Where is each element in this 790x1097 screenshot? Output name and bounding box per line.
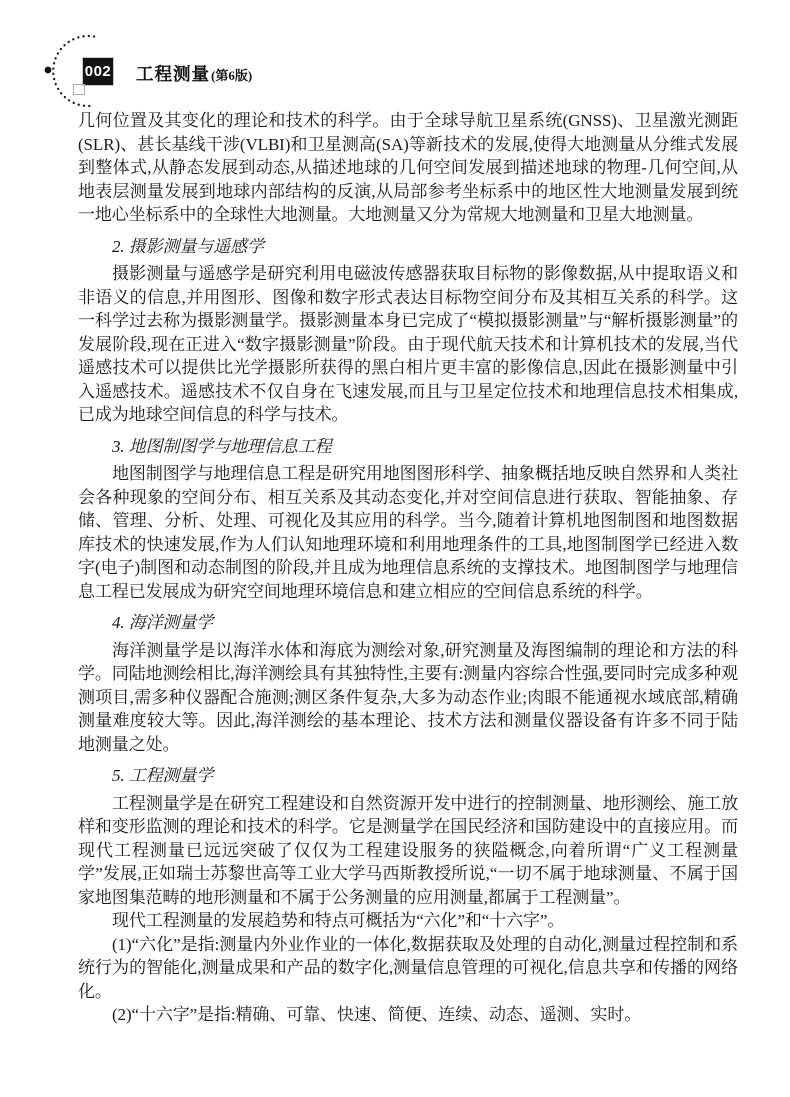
page-number-box: 002 xyxy=(82,57,114,86)
section-heading-photogrammetry: 2. 摄影测量与遥感学 xyxy=(78,235,738,259)
page-number: 002 xyxy=(85,63,112,80)
section-heading-engineering-surveying: 5. 工程测量学 xyxy=(78,764,738,788)
paragraph-six-izations: (1)“六化”是指:测量内外业作业的一体化,数据获取及处理的自动化,测量过程控制… xyxy=(78,933,738,1004)
page-content: 几何位置及其变化的理论和技术的科学。由于全球导航卫星系统(GNSS)、卫星激光测… xyxy=(78,109,738,1027)
solid-bullet-dot xyxy=(45,67,52,74)
small-square-outline xyxy=(73,84,85,95)
paragraph-cartography-gis: 地图制图学与地理信息工程是研究用地图图形科学、抽象概括地反映自然界和人类社会各种… xyxy=(78,462,738,603)
paragraph-sixteen-characters: (2)“十六字”是指:精确、可靠、快速、简便、连续、动态、遥测、实时。 xyxy=(78,1003,738,1027)
paragraph-geodesy-continued: 几何位置及其变化的理论和技术的科学。由于全球导航卫星系统(GNSS)、卫星激光测… xyxy=(78,109,738,227)
paragraph-photogrammetry: 摄影测量与遥感学是研究利用电磁波传感器获取目标物的影像数据,从中提取语义和非语义… xyxy=(78,262,738,427)
running-head: 工程测量(第6版) xyxy=(136,61,252,83)
section-heading-marine-surveying: 4. 海洋测量学 xyxy=(78,611,738,635)
book-page: 002 工程测量(第6版) 几何位置及其变化的理论和技术的科学。由于全球导航卫星… xyxy=(0,0,790,1097)
paragraph-engineering-surveying: 工程测量学是在研究工程建设和自然资源开发中进行的控制测量、地形测绘、施工放样和变… xyxy=(78,792,738,910)
section-heading-cartography-gis: 3. 地图制图学与地理信息工程 xyxy=(78,435,738,459)
book-title: 工程测量 xyxy=(136,61,210,86)
paragraph-marine-surveying: 海洋测量学是以海洋水体和海底为测绘对象,研究测量及海图编制的理论和方法的科学。同… xyxy=(78,639,738,757)
paragraph-trends-intro: 现代工程测量的发展趋势和特点可概括为“六化”和“十六字”。 xyxy=(78,909,738,933)
book-edition: (第6版) xyxy=(211,65,252,84)
